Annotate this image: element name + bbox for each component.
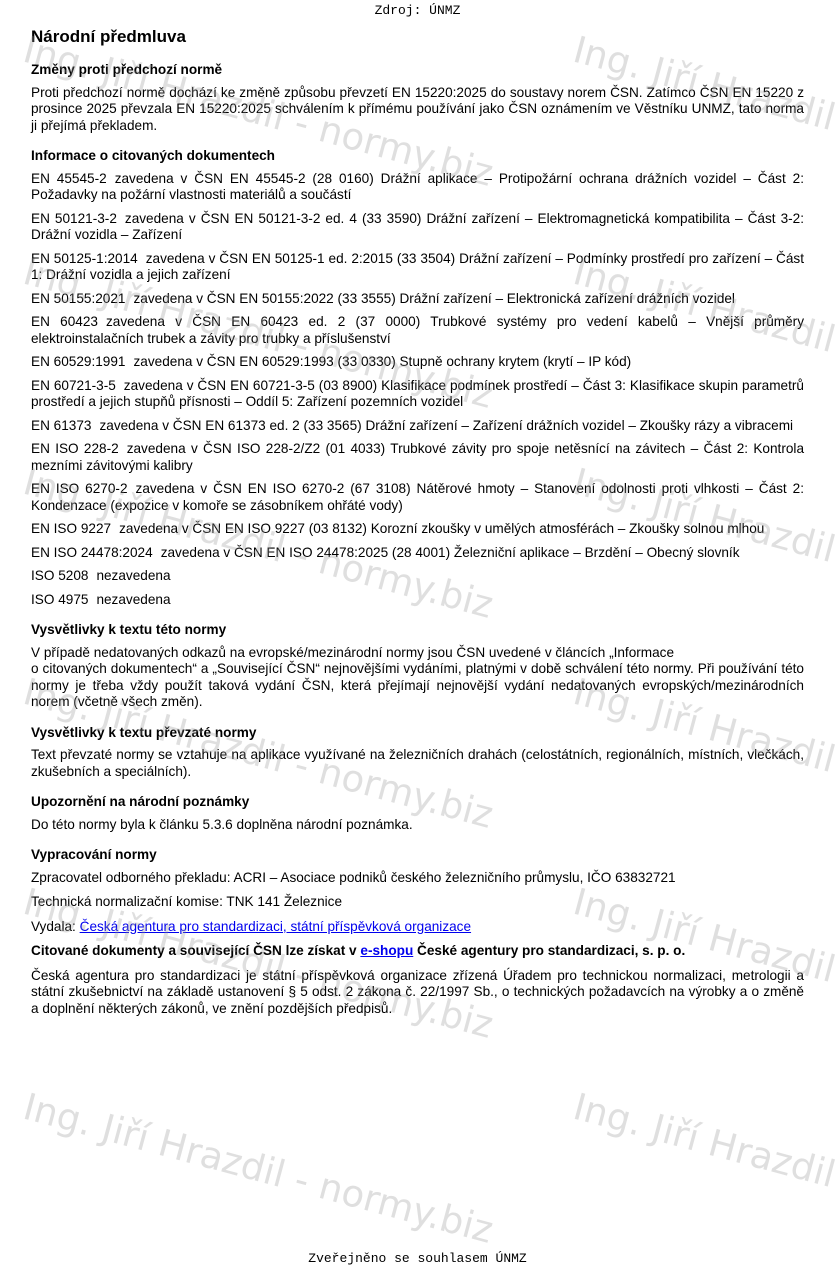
document-code: EN ISO 9227 <box>31 521 111 536</box>
document-code: EN 45545-2 <box>31 171 107 186</box>
footer-note: Zveřejněno se souhlasem ÚNMZ <box>0 1251 835 1266</box>
document-adoption: zavedena v ČSN EN 50121-3-2 ed. 4 (33 35… <box>31 211 804 243</box>
section-heading: Upozornění na národní poznámky <box>31 794 804 811</box>
obtain-prefix: Citované dokumenty a související ČSN lze… <box>31 943 360 958</box>
document-adoption: zavedena v ČSN EN 60423 ed. 2 (37 0000) … <box>31 314 804 346</box>
document-adoption: zavedena v ČSN EN 50155:2022 (33 3555) D… <box>133 291 734 306</box>
source-header: Zdroj: ÚNMZ <box>0 3 835 18</box>
section-explanations-adopted: Vysvětlivky k textu převzaté normy Text … <box>31 725 804 781</box>
document-adoption: zavedena v ČSN EN ISO 9227 (03 8132) Kor… <box>119 521 764 536</box>
document-code: EN 60529:1991 <box>31 354 125 369</box>
cited-document-item: ISO 5208nezavedena <box>31 568 804 585</box>
cited-document-item: EN 50155:2021zavedena v ČSN EN 50155:202… <box>31 291 804 308</box>
cited-document-item: EN 60529:1991zavedena v ČSN EN 60529:199… <box>31 354 804 371</box>
cited-document-item: EN 61373zavedena v ČSN EN 61373 ed. 2 (3… <box>31 418 804 435</box>
document-adoption: nezavedena <box>96 592 170 607</box>
document-code: EN 61373 <box>31 418 91 433</box>
paragraph: o citovaných dokumentech“ a „Související… <box>31 661 804 711</box>
cited-document-item: EN 60423zavedena v ČSN EN 60423 ed. 2 (3… <box>31 314 804 347</box>
eshop-link[interactable]: e-shopu <box>360 943 413 958</box>
publisher-link[interactable]: Česká agentura pro standardizaci, státní… <box>80 919 471 934</box>
cited-document-item: EN ISO 228-2zavedena v ČSN ISO 228-2/Z2 … <box>31 441 804 474</box>
document-adoption: zavedena v ČSN EN 45545-2 (28 0160) Dráž… <box>31 171 804 203</box>
obtain-line: Citované dokumenty a související ČSN lze… <box>31 943 804 960</box>
document-adoption: zavedena v ČSN EN 50125-1 ed. 2:2015 (33… <box>31 251 804 283</box>
publisher-line: Vydala: Česká agentura pro standardizaci… <box>31 919 804 936</box>
obtain-suffix: České agentury pro standardizaci, s. p. … <box>413 943 685 958</box>
document-adoption: zavedena v ČSN EN 60529:1993 (33 0330) S… <box>133 354 631 369</box>
document-code: EN ISO 6270-2 <box>31 481 128 496</box>
cited-document-item: EN 45545-2zavedena v ČSN EN 45545-2 (28 … <box>31 171 804 204</box>
section-heading: Změny proti předchozí normě <box>31 62 804 79</box>
paragraph-line: V případě nedatovaných odkazů na evropsk… <box>31 645 804 662</box>
cited-document-item: EN ISO 24478:2024zavedena v ČSN EN ISO 2… <box>31 545 804 562</box>
document-code: EN 60423 <box>31 314 98 329</box>
cited-document-item: EN 60721-3-5zavedena v ČSN EN 60721-3-5 … <box>31 378 804 411</box>
document-code: EN ISO 228-2 <box>31 441 119 456</box>
cited-document-item: EN ISO 6270-2zavedena v ČSN EN ISO 6270-… <box>31 481 804 514</box>
document-body: Národní předmluva Změny proti předchozí … <box>31 27 804 1025</box>
section-changes: Změny proti předchozí normě Proti předch… <box>31 62 804 134</box>
cited-document-item: EN 50121-3-2zavedena v ČSN EN 50121-3-2 … <box>31 211 804 244</box>
section-cited-documents: Informace o citovaných dokumentech EN 45… <box>31 148 804 608</box>
document-code: EN ISO 24478:2024 <box>31 545 153 560</box>
section-national-notes: Upozornění na národní poznámky Do této n… <box>31 794 804 833</box>
document-code: EN 60721-3-5 <box>31 378 116 393</box>
document-adoption: nezavedena <box>96 568 170 583</box>
document-code: ISO 4975 <box>31 592 88 607</box>
document-code: EN 50125-1:2014 <box>31 251 138 266</box>
document-adoption: zavedena v ČSN EN 60721-3-5 (03 8900) Kl… <box>31 378 804 410</box>
paragraph: Proti předchozí normě dochází ke změně z… <box>31 85 804 135</box>
document-code: ISO 5208 <box>31 568 88 583</box>
publisher-label: Vydala: <box>31 919 80 934</box>
cited-documents-list: EN 45545-2zavedena v ČSN EN 45545-2 (28 … <box>31 171 804 609</box>
watermark: Ing. Jiří Hrazdil - normy.biz <box>19 1085 498 1252</box>
cited-document-item: EN 50125-1:2014zavedena v ČSN EN 50125-1… <box>31 251 804 284</box>
document-adoption: zavedena v ČSN EN ISO 24478:2025 (28 400… <box>161 545 740 560</box>
cited-document-item: EN ISO 9227zavedena v ČSN EN ISO 9227 (0… <box>31 521 804 538</box>
translator-line: Zpracovatel odborného překladu: ACRI – A… <box>31 870 804 887</box>
section-heading: Informace o citovaných dokumentech <box>31 148 804 165</box>
document-adoption: zavedena v ČSN EN 61373 ed. 2 (33 3565) … <box>99 418 793 433</box>
document-adoption: zavedena v ČSN EN ISO 6270-2 (67 3108) N… <box>31 481 804 513</box>
committee-line: Technická normalizační komise: TNK 141 Ž… <box>31 894 804 911</box>
section-heading: Vypracování normy <box>31 847 804 864</box>
paragraph: Text převzaté normy se vztahuje na aplik… <box>31 747 804 780</box>
document-adoption: zavedena v ČSN ISO 228-2/Z2 (01 4033) Tr… <box>31 441 804 473</box>
document-code: EN 50155:2021 <box>31 291 125 306</box>
cited-document-item: ISO 4975nezavedena <box>31 592 804 609</box>
section-heading: Vysvětlivky k textu této normy <box>31 622 804 639</box>
document-title: Národní předmluva <box>31 27 804 47</box>
paragraph: Do této normy byla k článku 5.3.6 doplně… <box>31 817 804 834</box>
watermark: Ing. Jiří Hrazdil - normy.biz <box>569 1085 835 1252</box>
section-explanations-this: Vysvětlivky k textu této normy V případě… <box>31 622 804 711</box>
section-preparation: Vypracování normy Zpracovatel odborného … <box>31 847 804 1017</box>
document-code: EN 50121-3-2 <box>31 211 117 226</box>
section-heading: Vysvětlivky k textu převzaté normy <box>31 725 804 742</box>
agency-paragraph: Česká agentura pro standardizaci je stát… <box>31 968 804 1018</box>
